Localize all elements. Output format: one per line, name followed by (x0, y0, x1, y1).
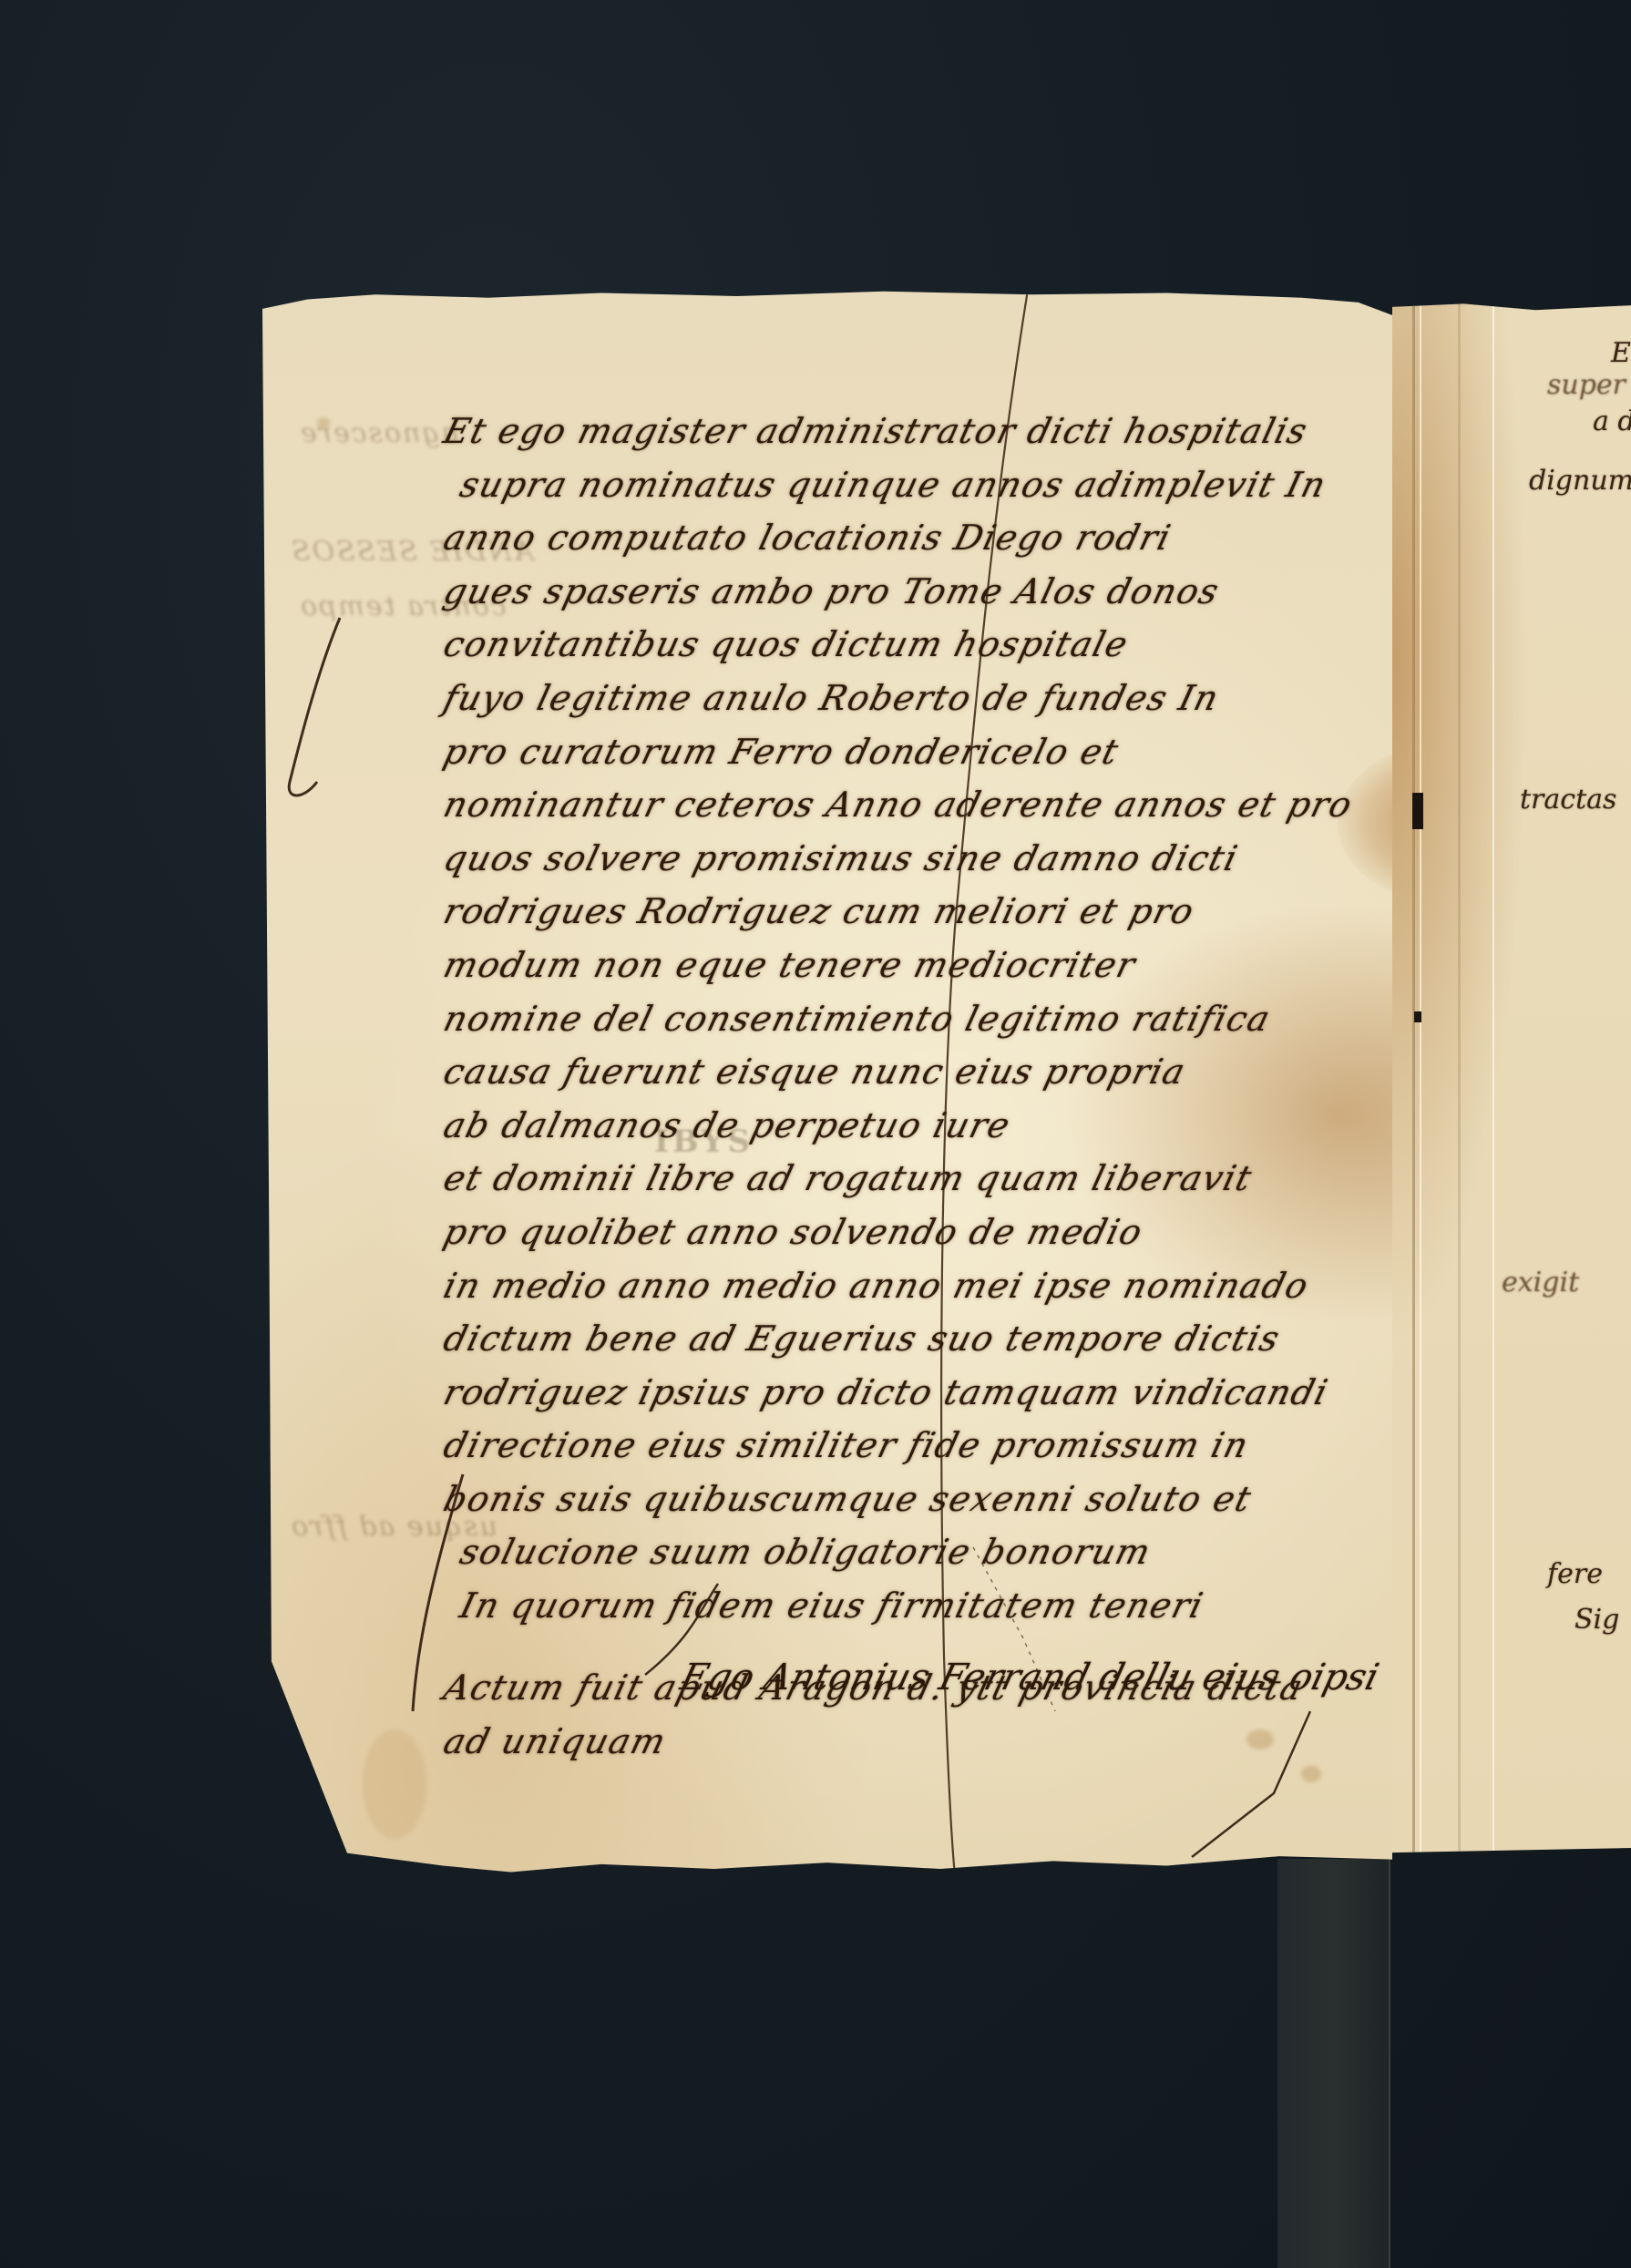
manuscript-line: causa fuerunt eisque nunc eius propria (438, 1047, 1361, 1096)
notary-signature: Ego Antonius Ferrand dellu eius oipsi (676, 1657, 1382, 1698)
manuscript-line: anno computato locationis Diego rodri (438, 513, 1361, 562)
manuscript-line: ad uniquam (438, 1717, 1361, 1766)
facing-text-fragment: super (1547, 369, 1626, 401)
manuscript-line: pro quolibet anno solvendo de medio (438, 1207, 1361, 1257)
facing-text-fragment: Et (1611, 337, 1631, 369)
manuscript-line: directione eius similiter fide promissum… (438, 1421, 1361, 1470)
binding-tab (1414, 1011, 1421, 1022)
manuscript-line: quos solvere promisimus sine damno dicti (438, 834, 1361, 883)
mount-board-strip (1277, 1859, 1390, 2268)
gutter-fold (1412, 301, 1415, 1859)
facing-text-fragment: Sig (1575, 1604, 1619, 1636)
manuscript-line: bonis suis quibuscumque sexenni soluto e… (438, 1474, 1361, 1524)
manuscript-line: convitantibus quos dictum hospitale (438, 620, 1361, 669)
water-stain (363, 1729, 426, 1839)
gutter-fold-highlight (1420, 301, 1421, 1859)
binding-tab (1412, 793, 1423, 829)
bleed-through-text: agnoscere (299, 417, 458, 449)
facing-text-fragment: tractas (1520, 784, 1616, 816)
manuscript-line: et dominii libre ad rogatum quam liberav… (438, 1154, 1361, 1203)
manuscript-line: In quorum fidem eius firmitatem teneri (438, 1581, 1361, 1630)
manuscript-line: modum non eque tenere mediocriter (438, 940, 1361, 990)
manuscript-line: Et ego magister administrator dicti hosp… (438, 406, 1361, 456)
manuscript-line: ab dalmanos de perpetuo iure (438, 1101, 1361, 1150)
manuscript-line: rodrigues Rodriguez cum meliori et pro (438, 887, 1361, 936)
gutter-fold (1458, 301, 1461, 1859)
manuscript-line: pro curatorum Ferro dondericelo et (438, 727, 1361, 776)
manuscript-line: in medio anno medio anno mei ipse nomina… (438, 1261, 1361, 1310)
manuscript-line: gues spaseris ambo pro Tome Alos donos (438, 567, 1361, 616)
manuscript-line: solucione suum obligatorie bonorum (438, 1527, 1361, 1576)
manuscript-line: nomine del consentimiento legitimo ratif… (438, 994, 1361, 1043)
manuscript-line: nominantur ceteros Anno aderente annos e… (438, 780, 1361, 829)
gutter-fold-highlight (1493, 301, 1494, 1859)
facing-text-fragment: fere (1547, 1558, 1603, 1590)
manuscript-line: rodriguez ipsius pro dicto tamquam vindi… (438, 1368, 1361, 1417)
manuscript-text-block: Et ego magister administrator dicti hosp… (445, 406, 1356, 1770)
manuscript-folio: agnoscere ANDIE SESSOS contra tempo usqu… (262, 290, 1392, 1875)
facing-text-fragment: exigit (1502, 1267, 1579, 1298)
facing-folio: Et super a d dignum tractas exigit fere … (1392, 301, 1631, 1859)
facing-text-fragment: a d (1593, 405, 1631, 437)
manuscript-line: supra nominatus quinque annos adimplevit… (438, 460, 1361, 509)
manuscript-line: fuyo legitime anulo Roberto de fundes In (438, 673, 1361, 723)
facing-text-fragment: dignum (1529, 465, 1631, 497)
manuscript-line: dictum bene ad Eguerius suo tempore dict… (438, 1314, 1361, 1363)
